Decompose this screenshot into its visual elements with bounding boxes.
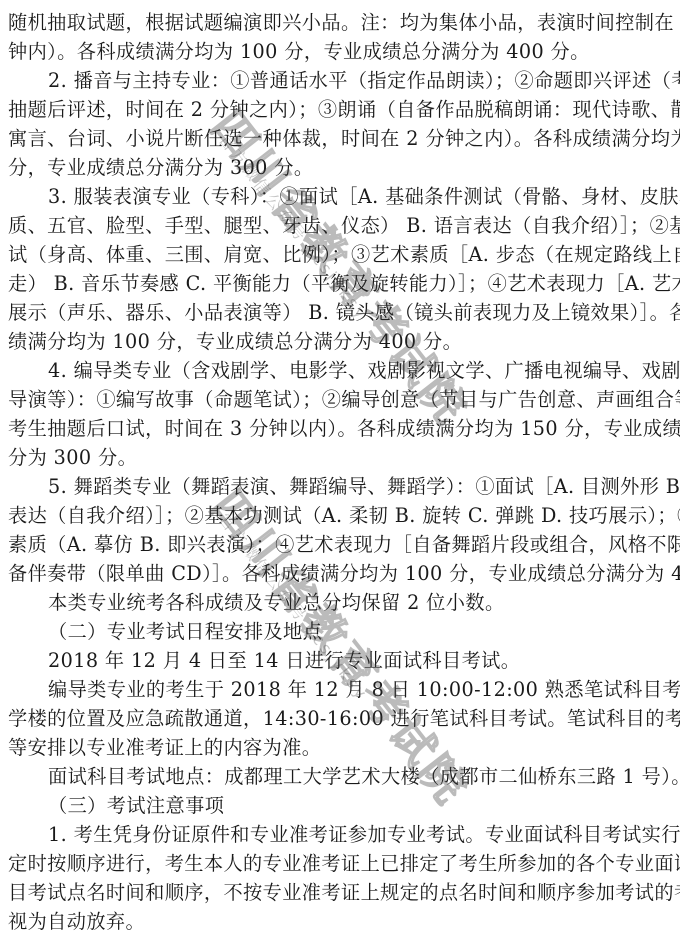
text-line: 钟内）。各科成绩满分均为 100 分，专业成绩总分满分为 400 分。 [8, 37, 590, 66]
text-line: 3. 服装表演专业（专科）：①面试［A. 基础条件测试（骨骼、身材、皮肤、发 [48, 182, 680, 211]
text-line: 展示（声乐、器乐、小品表演等） B. 镜头感（镜头前表现力及上镜效果）］。各科成 [8, 298, 680, 327]
text-line: 4. 编导类专业（含戏剧学、电影学、戏剧影视文学、广播电视编导、戏剧影视 [48, 356, 680, 385]
text-line: 学楼的位置及应急疏散通道，14:30-16:00 进行笔试科目考试。笔试科目的考… [8, 704, 680, 733]
text-line: 2. 播音与主持专业：①普通话水平（指定作品朗读）；②命题即兴评述（考生 [48, 66, 680, 95]
text-line: 走） B. 音乐节奏感 C. 平衡能力（平衡及旋转能力）］；④艺术表现力［A. … [8, 269, 680, 298]
text-line: 编导类专业的考生于 2018 年 12 月 8 日 10:00-12:00 熟悉… [48, 675, 680, 704]
section-heading: （二）专业考试日程安排及地点 [48, 617, 322, 646]
text-line: 面试科目考试地点：成都理工大学艺术大楼（成都市二仙桥东三路 1 号）。 [48, 762, 680, 791]
text-line: 质、五官、脸型、手型、腿型、牙齿、仪态） B. 语言表达（自我介绍）］；②基本测 [8, 211, 680, 240]
text-line: 寓言、台词、小说片断任选一种体裁，时间在 2 分钟之内）。各科成绩满分均为 10… [8, 124, 680, 153]
text-line: 分为 300 分。 [8, 443, 137, 472]
text-line: 1. 考生凭身份证原件和专业准考证参加专业考试。专业面试科目考试实行分组 [48, 820, 680, 849]
text-line: 备伴奏带（限单曲 CD）］。各科成绩满分均为 100 分，专业成绩总分满分为 4… [8, 559, 680, 588]
text-line: 本类专业统考各科成绩及专业总分均保留 2 位小数。 [48, 588, 505, 617]
text-line: 视为自动放弃。 [8, 907, 145, 936]
section-heading: （三）考试注意事项 [48, 791, 224, 820]
text-line: 定时按顺序进行，考生本人的专业准考证上已排定了考生所参加的各个专业面试科 [8, 849, 680, 878]
text-line: 试（身高、体重、三围、肩宽、比例）；③艺术素质［A. 步态（在规定路线上自然行 [8, 240, 680, 269]
text-line: 表达（自我介绍）］；②基本功测试（A. 柔韧 B. 旋转 C. 弹跳 D. 技巧… [8, 501, 680, 530]
text-line: 导演等）：①编写故事（命题笔试）；②编导创意（节目与广告创意、声画组合等， [8, 385, 680, 414]
text-line: 考生抽题后口试，时间在 3 分钟以内）。各科成绩满分均为 150 分，专业成绩总… [8, 414, 680, 443]
text-line: 随机抽取试题，根据试题编演即兴小品。注：均为集体小品，表演时间控制在 5 分 [8, 8, 680, 37]
text-line: 素质（A. 摹仿 B. 即兴表演）；④艺术表现力［自备舞蹈片段或组合，风格不限，… [8, 530, 680, 559]
text-line: 分，专业成绩总分满分为 300 分。 [8, 153, 313, 182]
text-line: 5. 舞蹈类专业（舞蹈表演、舞蹈编导、舞蹈学）：①面试［A. 目测外形 B. 语… [48, 472, 680, 501]
text-line: 2018 年 12 月 4 日至 14 日进行专业面试科目考试。 [48, 646, 520, 675]
text-line: 抽题后评述，时间在 2 分钟之内）；③朗诵（自备作品脱稿朗诵：现代诗歌、散文、 [8, 95, 680, 124]
text-line: 等安排以专业准考证上的内容为准。 [8, 733, 321, 762]
text-line: 目考试点名时间和顺序，不按专业准考证上规定的点名时间和顺序参加考试的考生， [8, 878, 680, 907]
text-line: 绩满分均为 100 分，专业成绩总分满分为 400 分。 [8, 327, 462, 356]
